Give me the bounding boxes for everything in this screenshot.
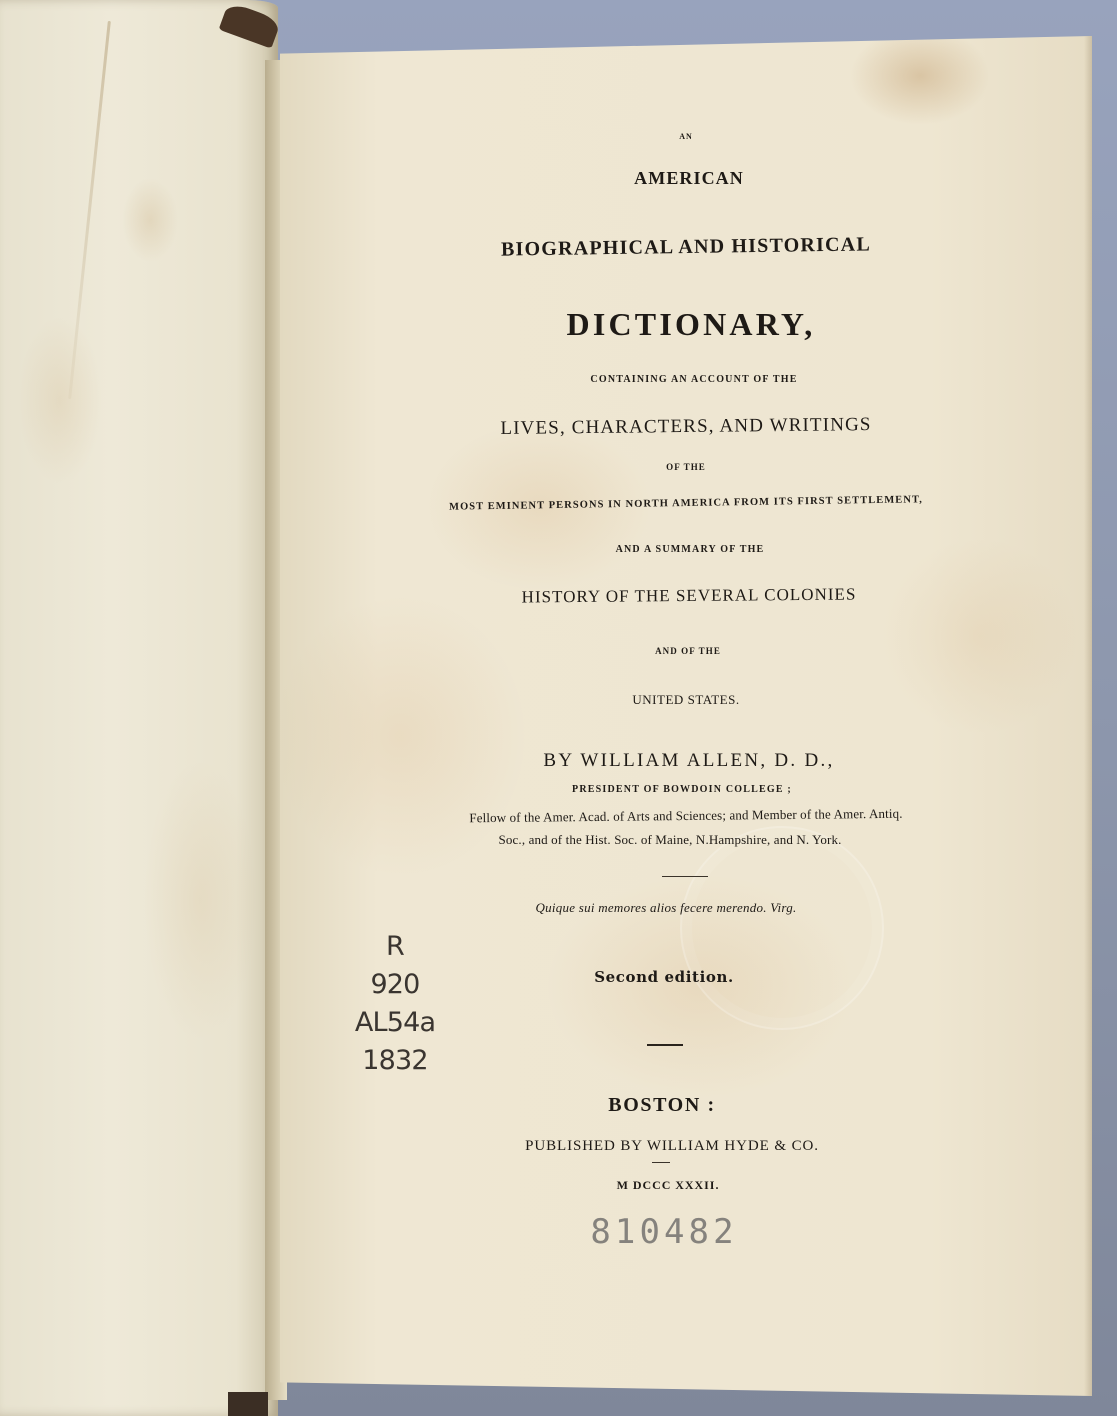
imprint-year: M DCCC XXXII. [312, 1178, 1024, 1193]
imprint-city: BOSTON : [306, 1094, 1018, 1117]
divider-rule-short [647, 1044, 683, 1046]
title-line-american: AMERICAN [333, 168, 1045, 189]
call-number-line2: 920 [345, 966, 445, 1004]
imprint-publisher: PUBLISHED BY WILLIAM HYDE & CO. [316, 1138, 1028, 1155]
binding-edge [228, 1392, 268, 1416]
subtitle-history: HISTORY OF THE SEVERAL COLONIES [333, 583, 1045, 609]
divider-rule-tiny [652, 1162, 670, 1163]
subtitle-and-of-the: AND OF THE [332, 646, 1044, 656]
embossed-library-seal [680, 826, 884, 1030]
author-affiliation-line1: Fellow of the Amer. Acad. of Arts and Sc… [330, 804, 1042, 827]
subtitle-of-the: OF THE [330, 462, 1042, 472]
title-article: AN [330, 132, 1042, 141]
title-main-dictionary: DICTIONARY, [335, 306, 1047, 343]
title-page: AN AMERICAN BIOGRAPHICAL AND HISTORICAL … [280, 36, 1092, 1396]
divider-rule [662, 876, 708, 877]
subtitle-summary: AND A SUMMARY OF THE [334, 544, 1046, 555]
latin-motto: Quique sui memores alios fecere merendo.… [310, 900, 1022, 916]
subtitle-most-eminent: MOST EMINENT PERSONS IN NORTH AMERICA FR… [330, 492, 1042, 514]
call-number-line4: 1832 [345, 1042, 445, 1080]
title-line-biographical: BIOGRAPHICAL AND HISTORICAL [330, 231, 1042, 264]
call-number-line1: R [345, 928, 445, 966]
author-name: BY WILLIAM ALLEN, D. D., [333, 750, 1045, 772]
subtitle-containing: CONTAINING AN ACCOUNT OF THE [338, 374, 1050, 385]
page-edge-shadow [1084, 36, 1092, 1396]
accession-number-stamp: 810482 [308, 1212, 1020, 1252]
author-affiliation-line2: Soc., and of the Hist. Soc. of Maine, N.… [314, 832, 1026, 848]
handwritten-call-number: R 920 AL54a 1832 [345, 928, 445, 1080]
subtitle-united-states: UNITED STATES. [330, 692, 1042, 708]
subtitle-lives: LIVES, CHARACTERS, AND WRITINGS [330, 412, 1042, 441]
call-number-line3: AL54a [345, 1004, 445, 1042]
page-crease [68, 21, 111, 399]
author-title: PRESIDENT OF BOWDOIN COLLEGE ; [326, 784, 1038, 795]
left-page [0, 0, 278, 1416]
